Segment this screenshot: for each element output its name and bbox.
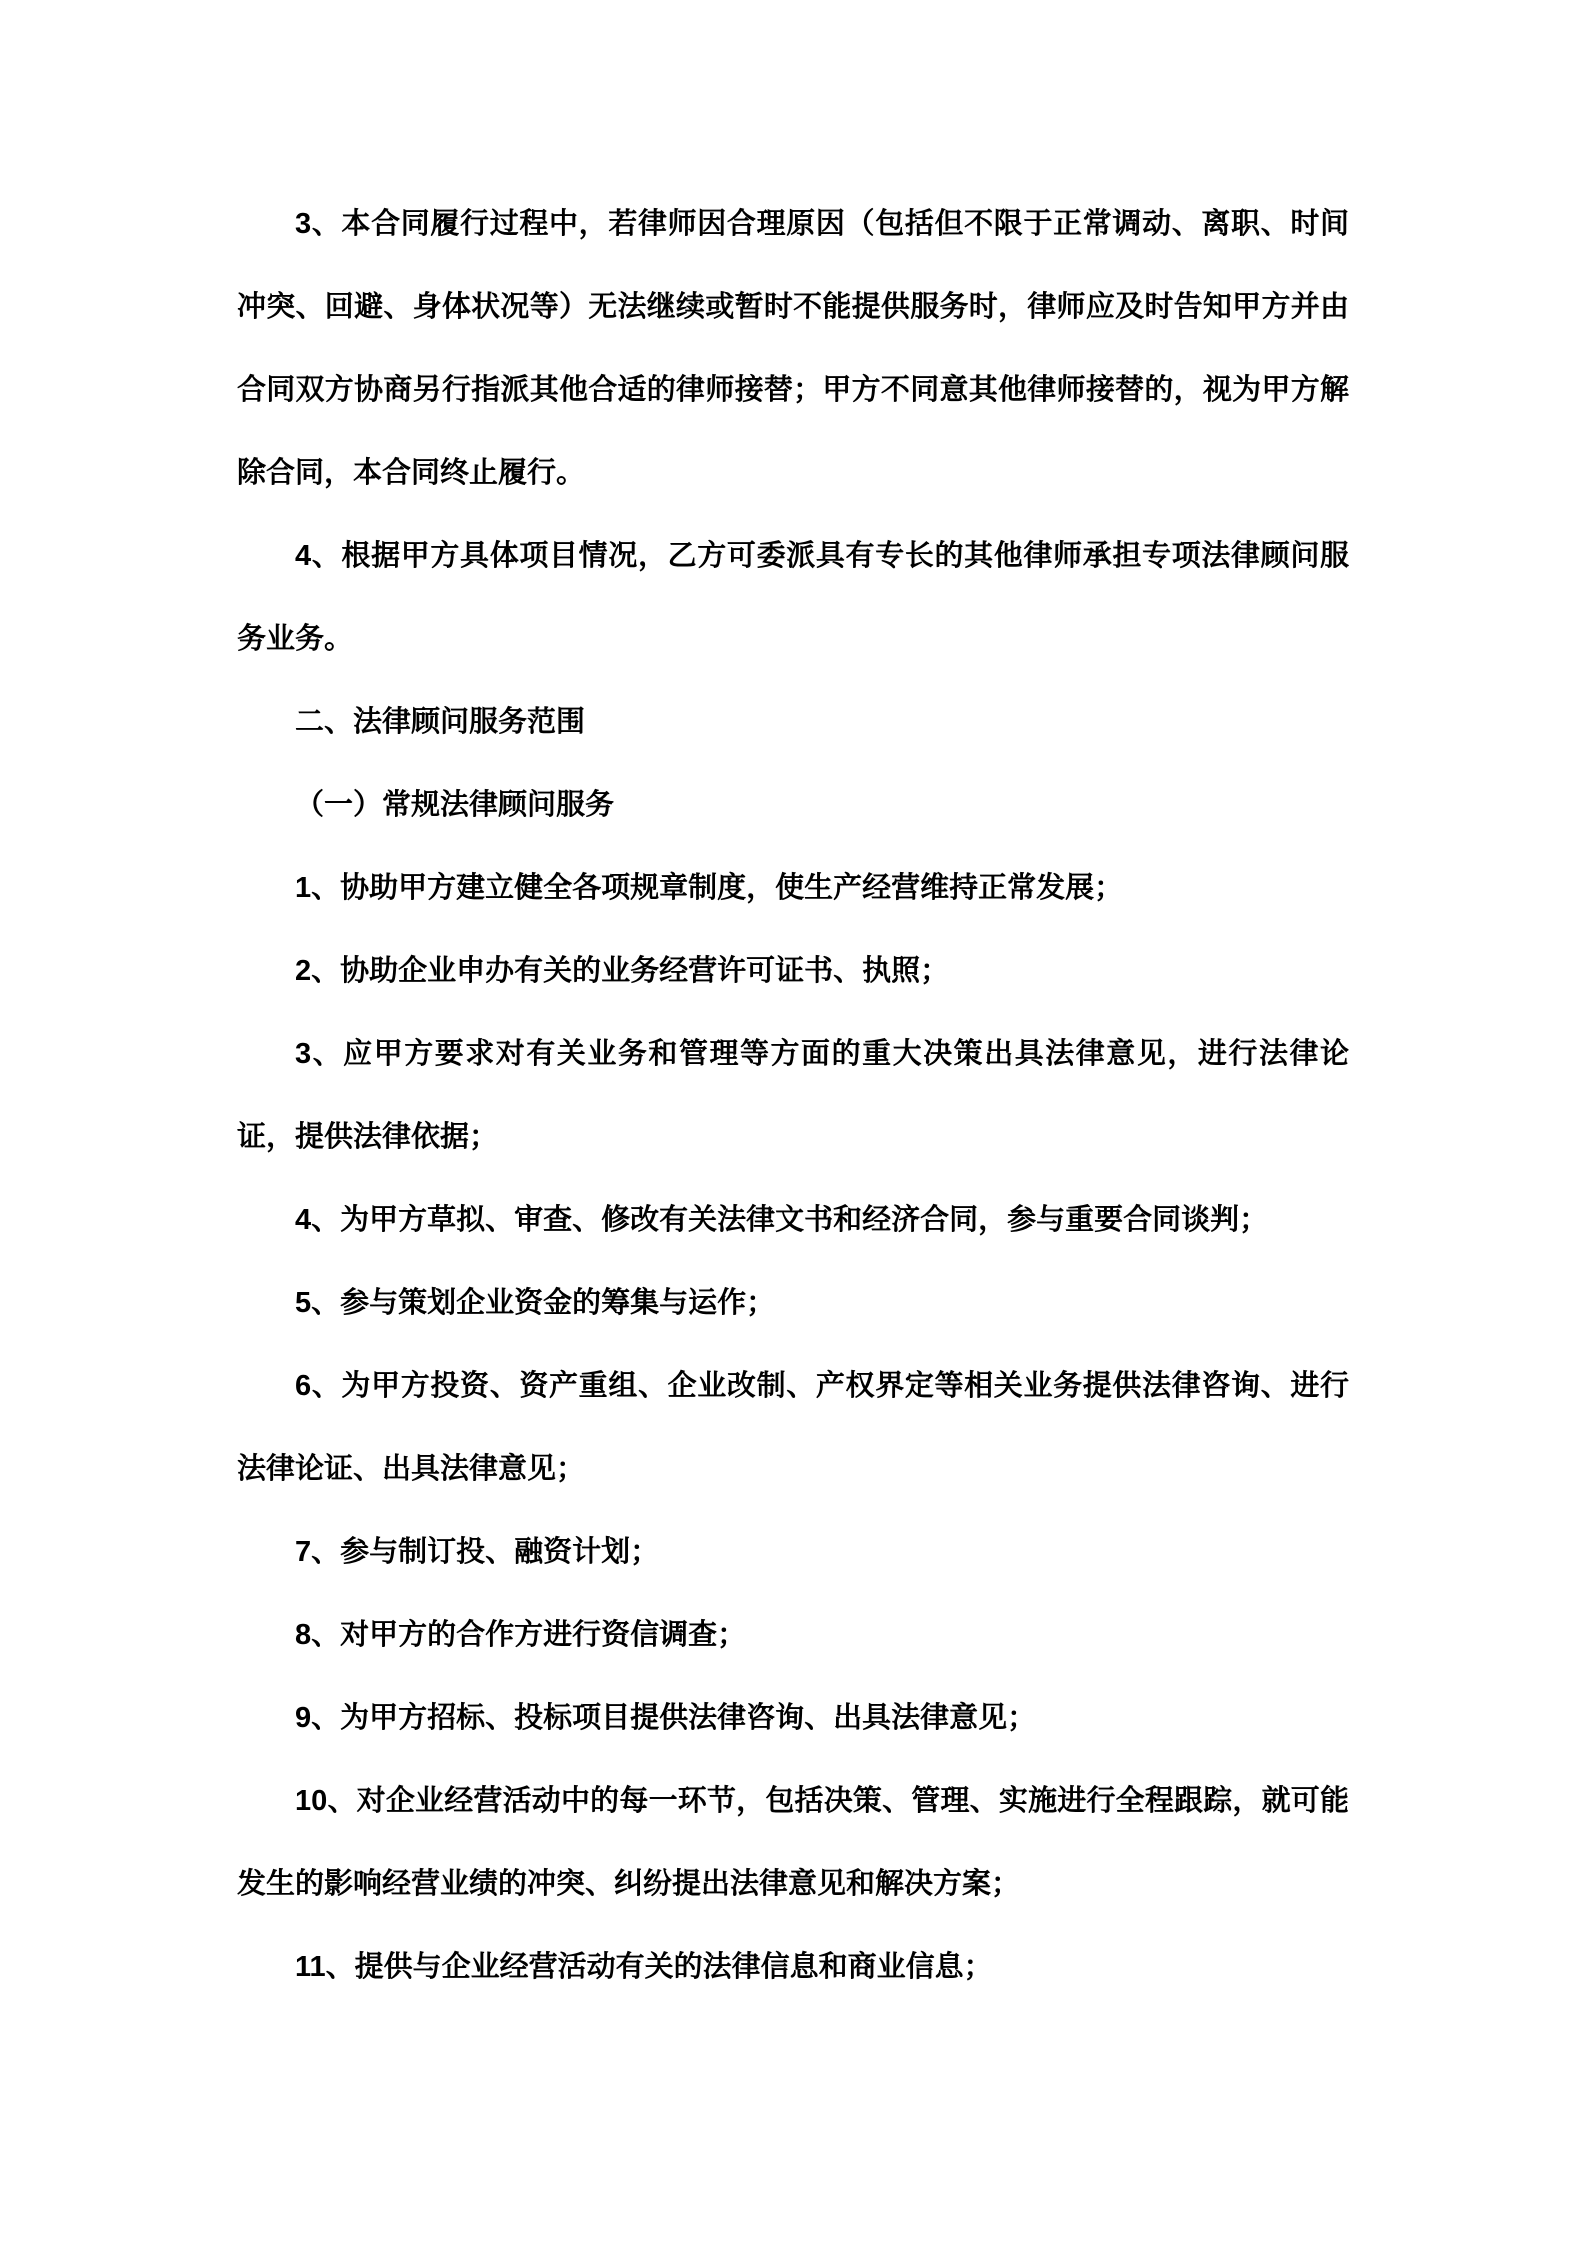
paragraph: 4、根据甲方具体项目情况，乙方可委派具有专长的其他律师承担专项法律顾问服务业务。 [237,515,1349,681]
paragraph: 3、本合同履行过程中，若律师因合理原因（包括但不限于正常调动、离职、时间冲突、回… [237,183,1349,515]
paragraph: 9、为甲方招标、投标项目提供法律咨询、出具法律意见； [237,1677,1349,1760]
paragraph: 6、为甲方投资、资产重组、企业改制、产权界定等相关业务提供法律咨询、进行法律论证… [237,1345,1349,1511]
paragraph: 二、法律顾问服务范围 [237,681,1349,764]
paragraph: 2、协助企业申办有关的业务经营许可证书、执照； [237,930,1349,1013]
paragraph: 10、对企业经营活动中的每一环节，包括决策、管理、实施进行全程跟踪，就可能发生的… [237,1760,1349,1926]
paragraph: 5、参与策划企业资金的筹集与运作； [237,1262,1349,1345]
contract-page: 3、本合同履行过程中，若律师因合理原因（包括但不限于正常调动、离职、时间冲突、回… [0,0,1586,2244]
document-body: 3、本合同履行过程中，若律师因合理原因（包括但不限于正常调动、离职、时间冲突、回… [237,183,1349,2009]
paragraph: 3、应甲方要求对有关业务和管理等方面的重大决策出具法律意见，进行法律论证，提供法… [237,1013,1349,1179]
paragraph: 1、协助甲方建立健全各项规章制度，使生产经营维持正常发展； [237,847,1349,930]
paragraph: 8、对甲方的合作方进行资信调查； [237,1594,1349,1677]
paragraph: 4、为甲方草拟、审查、修改有关法律文书和经济合同，参与重要合同谈判； [237,1179,1349,1262]
paragraph: 11、提供与企业经营活动有关的法律信息和商业信息； [237,1926,1349,2009]
paragraph: 7、参与制订投、融资计划； [237,1511,1349,1594]
paragraph: （一）常规法律顾问服务 [237,764,1349,847]
